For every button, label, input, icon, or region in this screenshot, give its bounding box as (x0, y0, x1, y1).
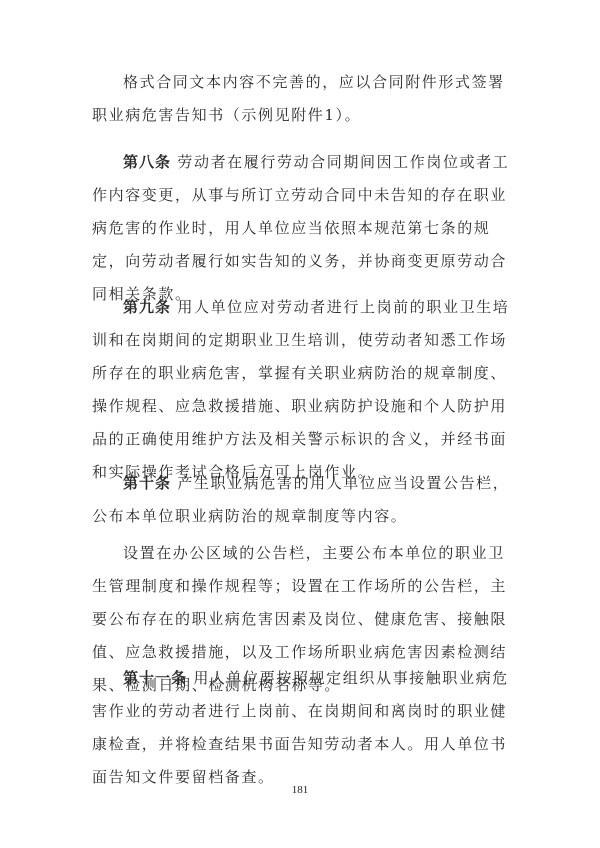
article-heading: 第十一条 (123, 669, 187, 687)
paragraph-article-11: 第十一条 用人单位要按照规定组织从事接触职业病危害作业的劳动者进行上岗前、在岗期… (92, 662, 512, 794)
paragraph-article-8: 第八条 劳动者在履行劳动合同期间因工作岗位或者工作内容变更，从事与所订立劳动合同… (92, 146, 512, 311)
page-number: 181 (0, 784, 600, 796)
paragraph-article-9: 第九条 用人单位应对劳动者进行上岗前的职业卫生培训和在岗期间的定期职业卫生培训，… (92, 291, 512, 489)
document-page: 格式合同文本内容不完善的，应以合同附件形式签署职业病危害告知书（示例见附件1）。… (0, 0, 600, 848)
paragraph-article-10: 第十条 产生职业病危害的用人单位应当设置公告栏，公布本单位职业病防治的规章制度等… (92, 467, 512, 533)
article-heading: 第八条 (123, 153, 171, 171)
article-heading: 第九条 (123, 298, 171, 316)
paragraph-text: 劳动者在履行劳动合同期间因工作岗位或者工作内容变更，从事与所订立劳动合同中未告知… (92, 153, 509, 303)
article-heading: 第十条 (123, 474, 171, 492)
paragraph-text: 用人单位应对劳动者进行上岗前的职业卫生培训和在岗期间的定期职业卫生培训，使劳动者… (92, 298, 509, 481)
paragraph-attachment-note: 格式合同文本内容不完善的，应以合同附件形式签署职业病危害告知书（示例见附件1）。 (92, 66, 512, 132)
paragraph-text: 格式合同文本内容不完善的，应以合同附件形式签署职业病危害告知书（示例见附件1）。 (92, 73, 505, 124)
